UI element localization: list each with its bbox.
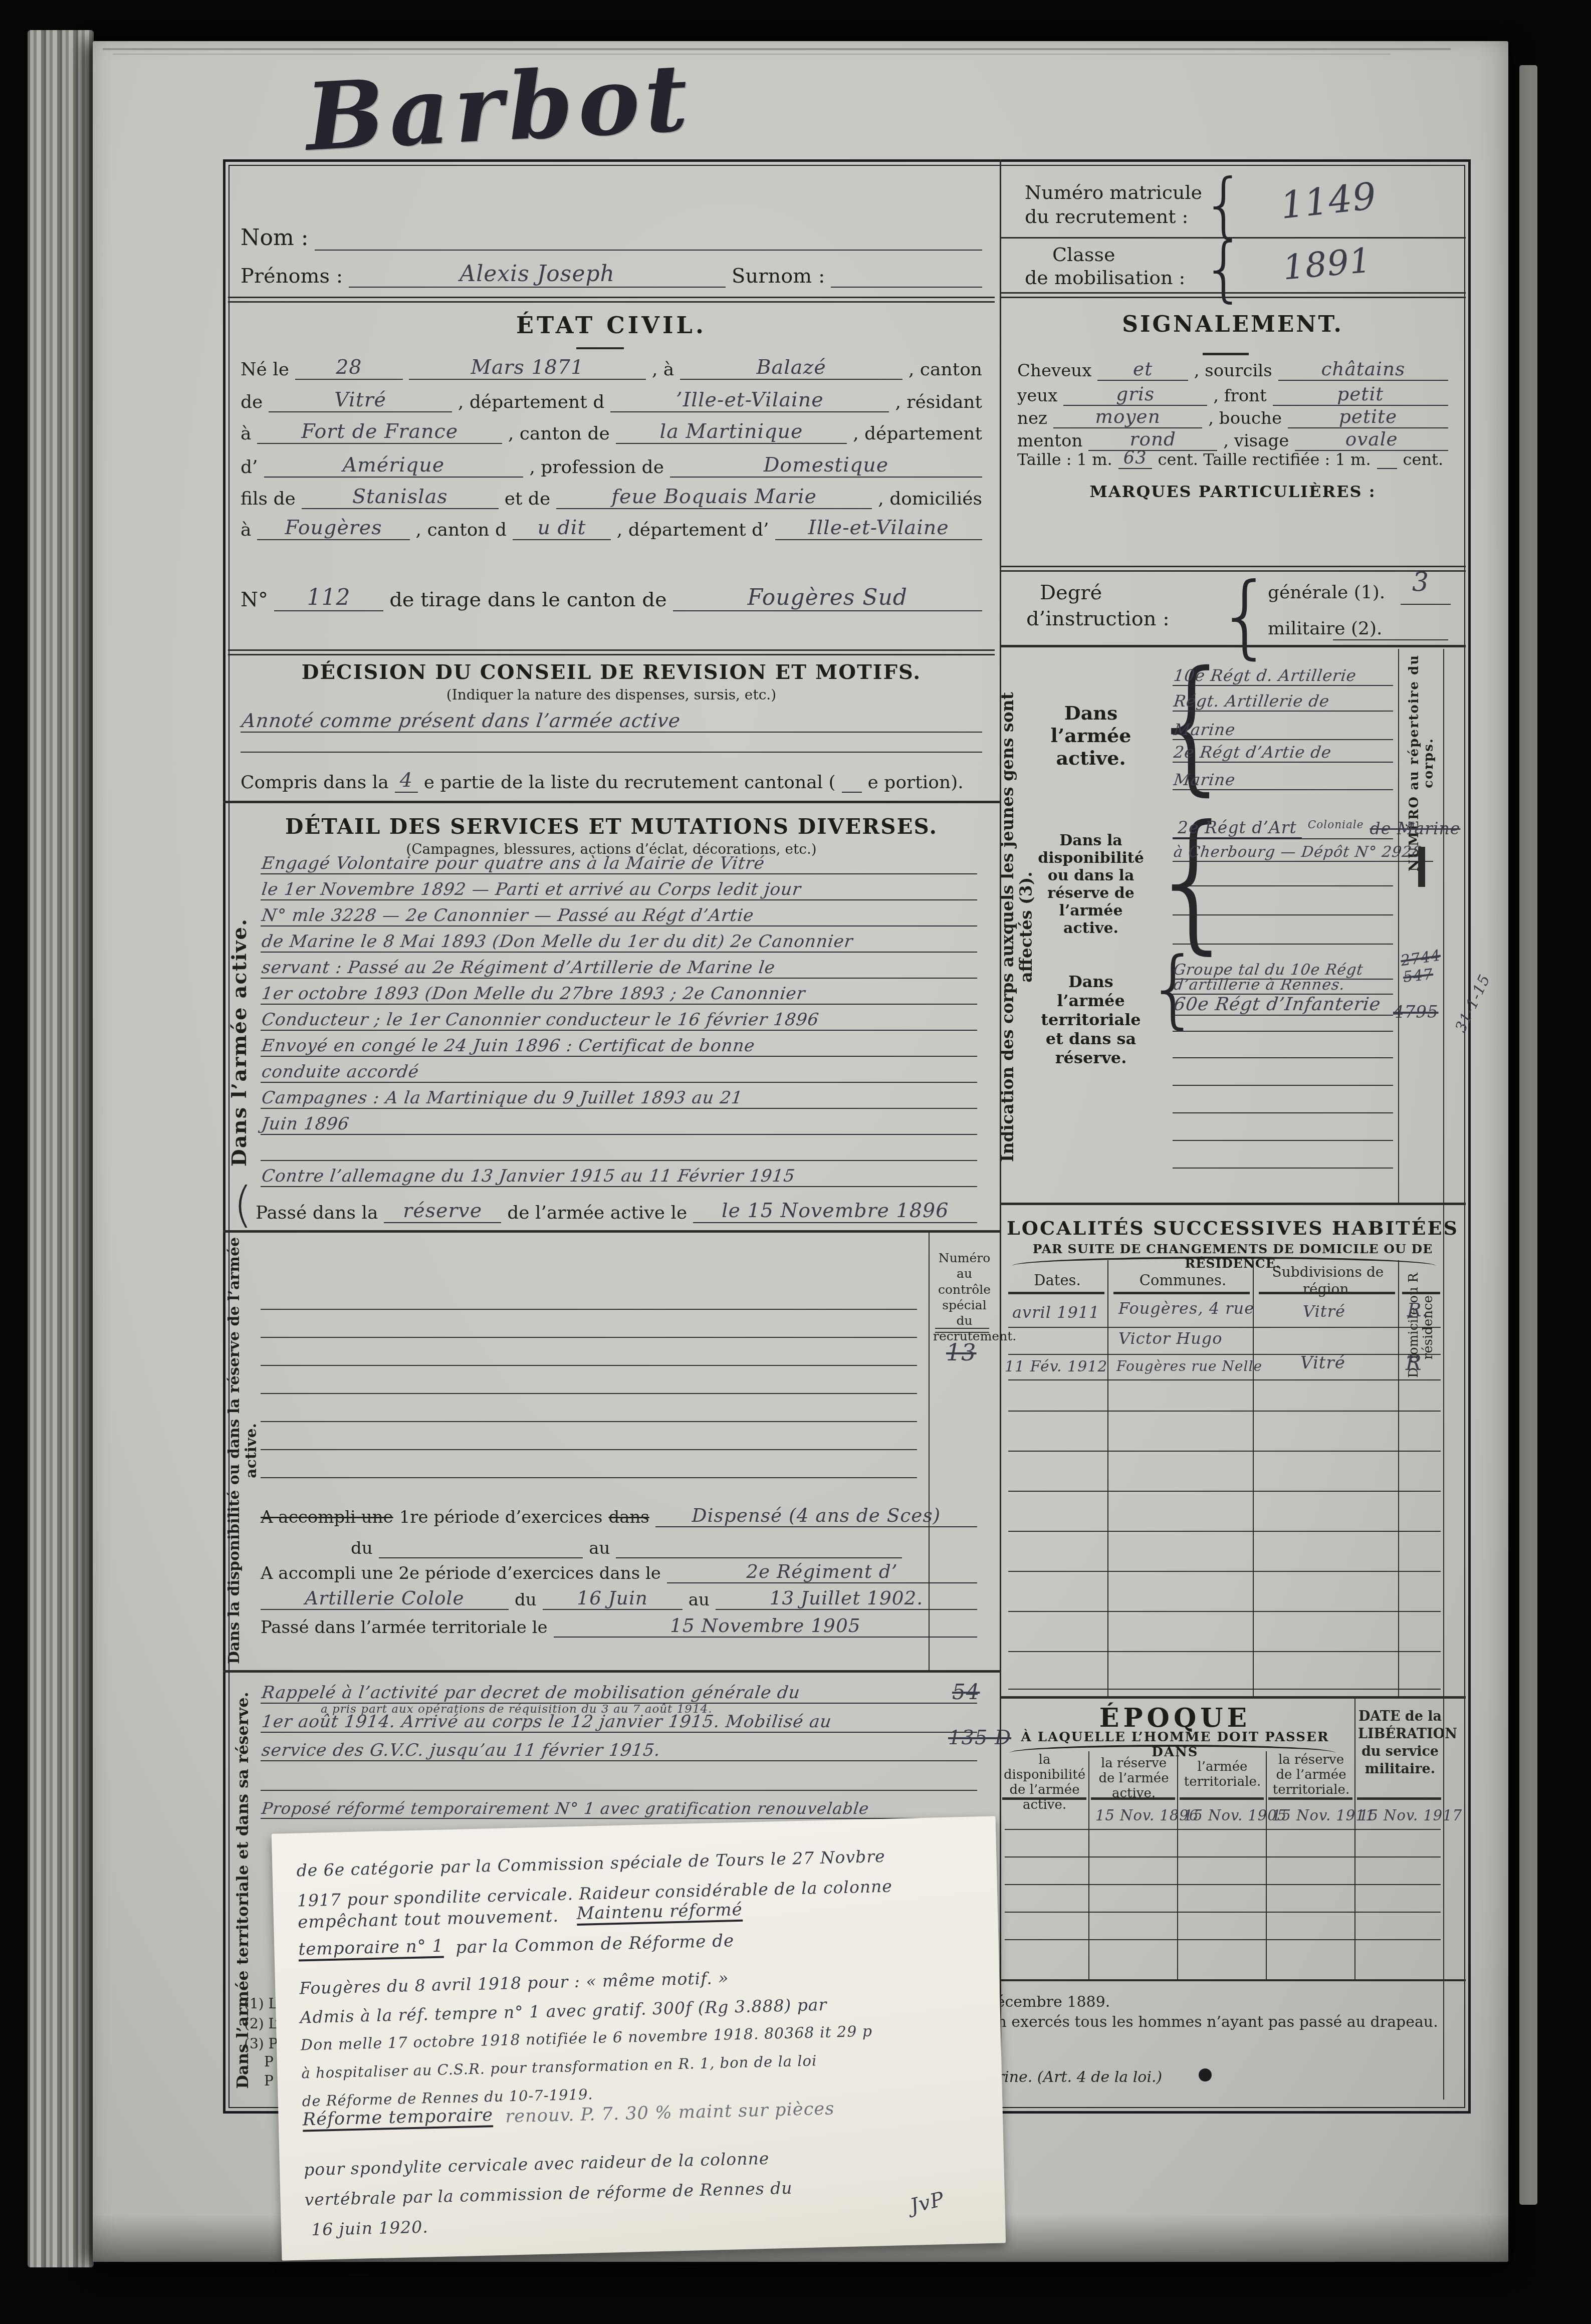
periode-1-line: A accompli une1re période d’exercicesdan…: [261, 1498, 977, 1527]
handwritten-text: 112: [274, 585, 383, 611]
signalement-title: SIGNALEMENT.: [1000, 312, 1466, 337]
prenoms-line: Prénoms :Alexis JosephSurnom :: [241, 258, 982, 288]
form-rule: [1008, 1292, 1104, 1294]
classe-value: 1891: [1281, 241, 1373, 288]
marques-title: MARQUES PARTICULIÈRES :: [1000, 482, 1466, 501]
handwritten-text: de Marine: [1370, 819, 1461, 838]
form-rule: [935, 1328, 989, 1329]
form-rule: [1354, 1699, 1355, 1979]
handwritten-text: 2e Régiment d’: [667, 1560, 977, 1583]
attached-slip: de 6e catégorie par la Commission spécia…: [272, 1816, 1006, 2260]
corps-terr-label: Dans l’armée territoriale et dans sa rés…: [1033, 972, 1149, 1067]
scanned-register-photo: { "name_script": "Barbot", "top": { "mat…: [0, 0, 1591, 2324]
form-rule: [1180, 1797, 1264, 1800]
printed-text: cent.: [1403, 450, 1444, 469]
dispo-numero-header: Numéro au contrôle spécial du recrutemen…: [933, 1250, 996, 1344]
form-rule: [576, 347, 624, 349]
corps-dispo-line-1: 2e Régt d’ArtColonialede Marine: [1173, 814, 1393, 839]
form-rule: [1005, 1884, 1441, 1885]
service-text: servant : Passé au 2e Régiment d’Artille…: [261, 958, 776, 978]
handwritten-text: 4: [395, 769, 418, 793]
handwritten-text: 15 Novembre 1905: [554, 1614, 977, 1638]
service-line-contre: Contre l’allemagne du 13 Janvier 1915 au…: [261, 1162, 977, 1187]
handwritten-text: la Martinique: [616, 420, 847, 444]
degre-generale-label: générale (1).: [1268, 582, 1385, 603]
ec-line-3: àFort de France, canton dela Martinique,…: [241, 415, 982, 444]
form-rule: [1173, 944, 1393, 945]
localites-title: LOCALITÉS SUCCESSIVES HABITÉES: [1000, 1217, 1466, 1239]
handwritten-text: [1377, 468, 1397, 469]
service-line: Juin 1896: [261, 1110, 977, 1135]
form-rule: [261, 1309, 917, 1310]
decision-note: Annoté comme présent dans l’armée active: [241, 706, 982, 733]
handwritten-text: Maintenu réformé: [576, 1900, 743, 1926]
printed-text: N°: [241, 588, 268, 611]
form-rule: [1177, 1751, 1178, 1979]
form-rule: [1008, 1531, 1441, 1532]
form-rule: [1402, 1292, 1440, 1294]
ec-line-6: àFougères, canton du dit, département d’…: [241, 511, 982, 540]
form-rule: [1008, 1451, 1441, 1452]
service-text: Campagnes : A la Martinique du 9 Juillet…: [261, 1088, 744, 1108]
corps-text: Marine: [1173, 770, 1237, 789]
etat-civil-title: ÉTAT CIVIL.: [236, 312, 987, 339]
corps-dispo-line-2: à Cherbourg — Dépôt N° 2928: [1173, 837, 1433, 862]
printed-text: e portion).: [868, 772, 964, 793]
printed-text: Passé dans la: [256, 1203, 378, 1223]
form-rule: [261, 1790, 977, 1791]
periode-2-line: A accompli une 2e période d’exercices da…: [261, 1554, 977, 1583]
printed-text: cent. Taille rectifiée : 1 m.: [1158, 450, 1371, 469]
passe-reserve-line: Passé dans laréservede l’armée active le…: [256, 1195, 977, 1223]
form-rule: [1418, 847, 1425, 887]
printed-text: Né le: [241, 359, 289, 380]
handwritten-text: 16 Juin: [543, 1587, 683, 1610]
service-line: Campagnes : A la Martinique du 9 Juillet…: [261, 1084, 977, 1109]
corps-text: Marine: [1173, 720, 1237, 739]
footnote-stub-5: P: [264, 2072, 274, 2089]
form-rule: [261, 1449, 917, 1450]
loc-r1-commune: Fougères, 4 rue: [1118, 1299, 1254, 1318]
dispo-numero-value: 13: [946, 1339, 977, 1366]
page-top-edge: [103, 48, 1451, 50]
handwritten-text: Fort de France: [257, 420, 502, 444]
form-rule: [1357, 1797, 1441, 1800]
nom-line: Nom :: [241, 219, 982, 251]
service-text: Conducteur ; le 1er Canonnier conducteur…: [261, 1010, 820, 1030]
form-rule: [1000, 570, 1466, 572]
epoque-col1: la disponibilité de l’armée active.: [1003, 1753, 1086, 1813]
form-rule: [261, 1365, 917, 1366]
form-rule: [1008, 1379, 1441, 1380]
slip-line-5: Fougères du 8 avril 1918 pour : « même m…: [299, 1968, 729, 1998]
handwritten-text: temporaire n° 1: [298, 1936, 444, 1961]
corps-text: 60e Régt d’Infanterie: [1173, 994, 1382, 1015]
underlying-page-edge: [1519, 65, 1537, 2205]
printed-text: e partie de la liste du recrutement cant…: [424, 772, 836, 793]
form-rule: [261, 1337, 917, 1338]
form-rule: [261, 1477, 917, 1478]
degre-label-1: Degré: [1040, 581, 1102, 604]
classe-label-2: de mobilisation :: [1025, 267, 1185, 289]
form-rule: [228, 654, 995, 655]
form-rule: [1008, 1571, 1441, 1572]
printed-text: , canton: [908, 359, 982, 380]
handwritten-text: Fougères: [257, 516, 409, 540]
slip-signature: JvP: [908, 2188, 947, 2218]
form-rule: [1000, 1979, 1466, 1981]
printed-text: de tirage dans le canton de: [389, 588, 666, 611]
form-rule: [1000, 566, 1466, 567]
loc-r2-date: 11 Fév. 1912: [1005, 1358, 1107, 1375]
sig-row-taille: Taille : 1 m.63cent. Taille rectifiée : …: [1017, 447, 1448, 469]
handwritten-text: 13 Juillet 1902.: [716, 1587, 977, 1610]
corps-active-line: Régt. Artillerie de: [1173, 686, 1393, 712]
epoque-col5: DATE de la LIBÉRATION du service militai…: [1358, 1708, 1442, 1778]
printed-text: , département d: [458, 392, 604, 412]
form-rule: [1173, 1085, 1393, 1086]
printed-text: et de: [505, 489, 551, 509]
footnote-stub-3: (3) P: [244, 2035, 278, 2052]
decision-subtitle: (Indiquer la nature des dispenses, sursi…: [236, 686, 987, 703]
handwritten-text: u dit: [513, 516, 611, 540]
slip-line-12: vertébrale par la commission de réforme …: [304, 2178, 793, 2210]
localites-col-dates: Dates.: [1010, 1272, 1105, 1289]
service-text: conduite accordé: [261, 1062, 420, 1082]
printed-text: fils de: [241, 489, 296, 509]
corps-margin-cross-3: 4795: [1393, 1002, 1439, 1022]
footnote-stub-1: (1) L: [244, 1995, 278, 2012]
form-rule: [1173, 914, 1393, 915]
form-rule: [1259, 1292, 1395, 1294]
passe-reserve-paren: (: [234, 1181, 252, 1229]
localites-col-communes: Communes.: [1116, 1272, 1249, 1289]
matricule-label-2: du recrutement :: [1025, 205, 1188, 227]
decision-note-text: Annoté comme présent dans l’armée active: [241, 710, 682, 732]
form-rule: [1005, 1912, 1441, 1913]
corps-text: 10e Régt d. Artillerie: [1173, 666, 1357, 685]
terr-line-4: Proposé réformé temporairement N° 1 avec…: [261, 1793, 977, 1819]
handwritten-text: Ille-et-Vilaine: [775, 516, 982, 540]
printed-text: à: [241, 520, 251, 540]
corps-active-line: 10e Régt d. Artillerie: [1173, 661, 1393, 686]
degre-label-2: d’instruction :: [1026, 607, 1170, 630]
service-text: de Marine le 8 Mai 1893 (Don Melle du 1e…: [261, 932, 854, 952]
form-rule: [1000, 645, 1466, 647]
epoque-title: ÉPOQUE: [1000, 1703, 1350, 1733]
handwritten-text: Réforme temporaire: [302, 2105, 493, 2132]
service-text: Envoyé en congé le 24 Juin 1896 : Certif…: [261, 1036, 756, 1056]
side-label-dispo: Dans la disponibilité ou dans la réserve…: [224, 1235, 262, 1666]
printed-text: , département: [853, 423, 982, 444]
form-rule: [1173, 885, 1393, 886]
ec-line-2: deVitré, département d’Ille-et-Vilaine, …: [241, 383, 982, 412]
service-line: conduite accordé: [261, 1058, 977, 1083]
form-rule: [1173, 1057, 1393, 1058]
form-rule: [261, 1160, 977, 1161]
printed-text: de: [241, 392, 263, 412]
decision-title: DÉCISION DU CONSEIL DE REVISION ET MOTIF…: [236, 660, 987, 684]
printed-text: Passé dans l’armée territoriale le: [261, 1617, 548, 1638]
form-rule: [241, 752, 982, 753]
printed-text: Surnom :: [732, 265, 825, 288]
handwritten-text: [831, 287, 982, 288]
service-line: servant : Passé au 2e Régiment d’Artille…: [261, 954, 977, 979]
side-label-armee-active: Dans l’armée active.: [226, 857, 253, 1228]
terr-line-1: Rappelé à l’activité par decret de mobil…: [261, 1678, 977, 1704]
printed-text: Prénoms :: [241, 265, 343, 288]
ink-dot: [1199, 2068, 1212, 2081]
handwritten-text: Fougères Sud: [673, 585, 982, 611]
form-rule: [1401, 604, 1451, 605]
printed-text: , canton d: [416, 520, 507, 540]
service-line: Engagé Volontaire pour quatre ans à la M…: [261, 849, 977, 874]
terr-text: Proposé réformé temporairement N° 1 avec…: [261, 1799, 870, 1818]
handwritten-text: empêchant tout mouvement.: [298, 1906, 571, 1932]
slip-line-11: pour spondylite cervicale avec raideur d…: [304, 2149, 770, 2180]
handwritten-text: [315, 250, 982, 251]
form-rule: [1008, 1611, 1441, 1612]
form-rule: [1268, 1797, 1352, 1800]
printed-text: dans: [608, 1507, 649, 1527]
service-text: Contre l’allemagne du 13 Janvier 1915 au…: [261, 1166, 796, 1186]
form-rule: [1443, 649, 1444, 2100]
service-line: Conducteur ; le 1er Canonnier conducteur…: [261, 1006, 977, 1031]
printed-text: d’: [241, 457, 258, 478]
service-line: le 1er Novembre 1892 — Parti et arrivé a…: [261, 875, 977, 900]
printed-text: A accompli une 2e période d’exercices da…: [261, 1563, 661, 1583]
form-rule: [1008, 1491, 1441, 1492]
printed-text: du: [515, 1590, 537, 1610]
handwritten-text: réserve: [384, 1199, 501, 1223]
form-rule: [1005, 1829, 1441, 1830]
form-rule: [223, 801, 1001, 803]
form-rule: [228, 649, 995, 651]
slip-line-8: à hospitaliser au C.S.R. pour transforma…: [301, 2052, 817, 2081]
form-rule: [1000, 297, 1466, 298]
service-text: le 1er Novembre 1892 — Parti et arrivé a…: [261, 879, 802, 899]
handwritten-text: Amérique: [264, 453, 524, 478]
form-rule: [1398, 1260, 1399, 1696]
corps-margin-cross-2: 547: [1402, 966, 1434, 986]
corps-active-line: 2e Régt d’Artie de: [1173, 738, 1393, 763]
form-rule: [1008, 1651, 1441, 1652]
form-rule: [1091, 1797, 1175, 1800]
printed-text: Compris dans la: [241, 772, 389, 793]
printed-text: , canton de: [508, 423, 610, 444]
handwritten-text: Artillerie Colole: [261, 1587, 509, 1610]
form-rule: [1203, 353, 1249, 355]
printed-text: , résidant: [895, 392, 982, 412]
printed-text: , à: [652, 359, 674, 380]
handwritten-text: Coloniale: [1308, 819, 1364, 831]
epoque-col4: la réserve de l’armée territoriale.: [1270, 1753, 1352, 1798]
service-line: N° mle 3228 — 2e Canonnier — Passé au Ré…: [261, 901, 977, 926]
matricule-label-1: Numéro matricule: [1025, 181, 1202, 203]
form-rule: [1173, 1168, 1393, 1169]
slip-line-7: Don melle 17 octobre 1918 notifiée le 6 …: [301, 2023, 873, 2054]
loc-r1-dr: R.: [1407, 1299, 1429, 1321]
form-rule: [1008, 1689, 1441, 1690]
corps-text: Régt. Artillerie de: [1173, 691, 1330, 711]
page-top-edge-2: [113, 54, 1391, 55]
ec-line-4: d’Amérique, profession deDomestique: [241, 448, 982, 478]
corps-side-label: Indication des corps auxquels les jeunes…: [1003, 654, 1031, 1200]
form-rule: [1000, 237, 1466, 239]
form-rule: [1398, 649, 1399, 1203]
details-title: DÉTAIL DES SERVICES ET MUTATIONS DIVERSE…: [236, 814, 987, 839]
printed-text: , département d’: [617, 520, 769, 540]
terr-text: service des G.V.C. jusqu’au 11 février 1…: [261, 1740, 661, 1760]
handwritten-text: renouv. P. 7. 30 % maint sur pièces: [499, 2099, 835, 2127]
loc-r1-date: avril 1911: [1012, 1303, 1100, 1322]
handwritten-text: [842, 792, 862, 793]
epoque-col3: l’armée territoriale.: [1181, 1760, 1264, 1790]
form-rule: [1113, 1292, 1250, 1294]
corps-dispo-label: Dans la disponibilité ou dans la réserve…: [1033, 832, 1149, 937]
terr-text: Rappelé à l’activité par decret de mobil…: [261, 1683, 801, 1703]
corps-active-line: Marine: [1173, 715, 1393, 740]
service-text: N° mle 3228 — 2e Canonnier — Passé au Ré…: [261, 905, 755, 925]
service-line: 1er octobre 1893 (Don Melle du 27bre 189…: [261, 980, 977, 1005]
degre-militaire-label: militaire (2).: [1268, 618, 1383, 639]
corps-active-line: Marine: [1173, 765, 1393, 790]
localites-subtitle: PAR SUITE DE CHANGEMENTS DE DOMICILE OU …: [1000, 1242, 1466, 1271]
handwritten-text: Balazé: [680, 356, 902, 380]
handwritten-text: par la Common de Réforme de: [449, 1931, 735, 1958]
handwritten-text: 63: [1118, 447, 1152, 469]
service-text: Engagé Volontaire pour quatre ans à la M…: [261, 853, 766, 873]
form-rule: [1002, 1797, 1086, 1800]
printed-text: au: [689, 1590, 710, 1610]
form-rule: [223, 1230, 1001, 1233]
form-rule: [1333, 639, 1448, 640]
handwritten-text: Domestique: [670, 453, 982, 478]
loc-r2-subdiv: Vitré: [1300, 1353, 1345, 1373]
form-rule: [1253, 1260, 1254, 1696]
slip-line-13: 16 juin 1920.: [311, 2217, 429, 2239]
handwritten-text: ’Ille-et-Vilaine: [610, 388, 889, 412]
handwritten-text: Mars 1871: [409, 356, 646, 380]
classe-label-1: Classe: [1052, 244, 1115, 266]
handwritten-text: 2e Régt d’Art: [1173, 818, 1302, 838]
compris-line: Compris dans la4e partie de la liste du …: [241, 766, 982, 793]
form-rule: [1000, 292, 1466, 294]
form-rule: [228, 301, 995, 303]
form-rule: [1173, 1140, 1393, 1141]
form-rule: [935, 1332, 989, 1333]
tirage-line: N°112de tirage dans le canton deFougères…: [241, 581, 982, 611]
degre-generale-value: 3: [1412, 567, 1429, 597]
printed-text: Nom :: [241, 225, 309, 251]
form-rule: [261, 1421, 917, 1422]
loc-r1b-commune: Victor Hugo: [1118, 1329, 1223, 1348]
handwritten-text: Alexis Joseph: [349, 261, 726, 288]
footnote-stub-2: (2) L’: [244, 2015, 279, 2032]
printed-text: Taille : 1 m.: [1017, 450, 1112, 469]
form-rule: [1008, 1354, 1441, 1355]
form-rule: [1000, 1203, 1466, 1205]
handwritten-text: Vitré: [269, 388, 452, 412]
printed-text: , domiciliés: [878, 489, 982, 509]
sig-row-1: Cheveuxet, sourcilschâtains: [1017, 352, 1448, 381]
terr-interline-note: a pris part aux opérations de réquisitio…: [321, 1703, 712, 1716]
form-rule: [1000, 1696, 1466, 1699]
form-rule: [1088, 1751, 1089, 1979]
corps-active-label: Dans l’armée active.: [1033, 702, 1149, 769]
classe-brace: {: [1202, 235, 1246, 305]
form-rule: [1005, 1939, 1441, 1940]
form-rule: [929, 1230, 930, 1670]
corps-text: 2e Régt d’Artie de: [1173, 743, 1332, 762]
passe-territoriale-line: Passé dans l’armée territoriale le15 Nov…: [261, 1608, 977, 1638]
form-rule: [1107, 1260, 1108, 1696]
service-line: de Marine le 8 Mai 1893 (Don Melle du 1e…: [261, 927, 977, 953]
epoque-v5: 15 Nov. 1917: [1359, 1807, 1462, 1824]
service-text: Juin 1896: [261, 1114, 351, 1134]
form-rule: [1008, 1327, 1441, 1328]
printed-text: à: [241, 423, 251, 444]
epoque-col2: la réserve de l’armée active.: [1092, 1756, 1175, 1801]
corps-terr-line: 60e Régt d’Infanterie: [1173, 990, 1393, 1016]
handwritten-text: Stanislas: [302, 485, 499, 509]
form-rule: [1173, 1031, 1393, 1032]
form-rule: [1008, 1411, 1441, 1412]
terr-margin-1: 54: [952, 1680, 980, 1704]
printed-text: de l’armée active le: [507, 1203, 687, 1223]
form-rule: [1005, 1856, 1441, 1857]
form-rule: [1173, 1112, 1393, 1113]
handwritten-text: le 15 Novembre 1896: [693, 1199, 977, 1223]
slip-line-6: Admis à la réf. tempre n° 1 avec gratif.…: [300, 1995, 827, 2027]
book-page-stack-edge: [28, 30, 94, 2267]
terr-line-3: service des G.V.C. jusqu’au 11 février 1…: [261, 1735, 977, 1761]
service-line: Envoyé en congé le 24 Juin 1896 : Certif…: [261, 1032, 977, 1057]
ec-line-1: Né le28Mars 1871, àBalazé, canton: [241, 351, 982, 380]
handwritten-text: 28: [295, 356, 403, 380]
loc-r2-commune: Fougères rue Nelle: [1116, 1358, 1262, 1374]
footnote-stub-4: P: [264, 2053, 274, 2070]
printed-text: A accompli une: [261, 1507, 393, 1527]
printed-text: 1re période d’exercices: [399, 1507, 603, 1527]
form-rule: [223, 1670, 1001, 1673]
form-rule: [228, 297, 995, 298]
printed-text: , profession de: [529, 457, 664, 478]
surname-script: Barbot: [303, 43, 695, 172]
form-rule: [261, 1393, 917, 1394]
form-rule: [1266, 1751, 1267, 1979]
loc-r1-subdiv: Vitré: [1303, 1302, 1345, 1321]
handwritten-text: feue Boquais Marie: [556, 485, 872, 509]
ec-line-5: fils deStanislaset defeue Boquais Marie,…: [241, 480, 982, 509]
corps-text: à Cherbourg — Dépôt N° 2928: [1173, 843, 1423, 861]
slip-line-1: de 6e catégorie par la Commission spécia…: [296, 1846, 885, 1881]
periode-2b-line: Artillerie Cololedu16 Juinau13 Juillet 1…: [261, 1581, 977, 1610]
form-rule: [1000, 159, 1001, 2109]
service-text: 1er octobre 1893 (Don Melle du 27bre 189…: [261, 984, 807, 1004]
